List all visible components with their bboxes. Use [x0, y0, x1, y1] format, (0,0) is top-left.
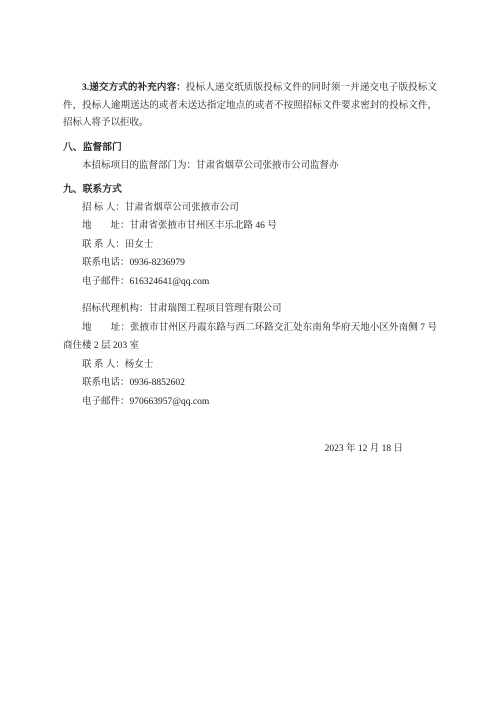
paragraph-lead-bold: 3.递交方式的补充内容：	[82, 83, 186, 93]
agency-address-row: 地 址：张掖市甘州区丹霞东路与西二环路交汇处东南角华府天地小区外南侧 7 号商住…	[63, 319, 437, 356]
document-content: 3.递交方式的补充内容：投标人递交纸质版投标文件的同时须一并递交电子版投标文件，…	[0, 0, 500, 458]
agency-phone-value: 0936-8852602	[130, 378, 185, 388]
agency-contact-person-value: 杨女士	[125, 360, 154, 370]
agency-name-row: 招标代理机构：甘肃瑞图工程项目管理有限公司	[63, 300, 437, 319]
agency-email-row: 电子邮件：970663957@qq.com	[63, 393, 437, 412]
tenderer-contact-person-row: 联 系 人：田女士	[63, 236, 437, 255]
tenderer-name-row: 招 标 人：甘肃省烟草公司张掖市公司	[63, 199, 437, 218]
agency-name-value: 甘肃瑞图工程项目管理有限公司	[149, 304, 282, 314]
agency-email-value: 970663957@qq.com	[130, 397, 210, 407]
agency-phone-row: 联系电话：0936-8852602	[63, 374, 437, 393]
tenderer-phone-label: 联系电话：	[82, 258, 130, 268]
tenderer-address-label: 地 址：	[82, 221, 130, 231]
tenderer-email-label: 电子邮件：	[82, 277, 130, 287]
agency-phone-label: 联系电话：	[82, 378, 130, 388]
paragraph-submission-supplement: 3.递交方式的补充内容：投标人递交纸质版投标文件的同时须一并递交电子版投标文件，…	[63, 80, 437, 133]
section-heading-contact-info: 九、联系方式	[63, 181, 437, 199]
tenderer-phone-row: 联系电话：0936-8236979	[63, 254, 437, 273]
tenderer-phone-value: 0936-8236979	[130, 258, 185, 268]
agency-contact-person-row: 联 系 人：杨女士	[63, 356, 437, 375]
tenderer-name-value: 甘肃省烟草公司张掖市公司	[125, 203, 239, 213]
tenderer-contact-person-label: 联 系 人：	[82, 240, 125, 250]
document-page: 3.递交方式的补充内容：投标人递交纸质版投标文件的同时须一并递交电子版投标文件，…	[0, 0, 500, 706]
tenderer-address-value: 甘肃省张掖市甘州区丰乐北路 46 号	[130, 221, 277, 231]
agency-email-label: 电子邮件：	[82, 397, 130, 407]
tenderer-contact-person-value: 田女士	[125, 240, 154, 250]
tenderer-email-row: 电子邮件：616324641@qq.com	[63, 273, 437, 292]
agency-contact-person-label: 联 系 人：	[82, 360, 125, 370]
supervision-dept-body: 本招标项目的监督部门为：甘肃省烟草公司张掖市公司监督办	[63, 157, 437, 175]
tenderer-email-value: 616324641@qq.com	[130, 277, 210, 287]
section-heading-supervision-dept: 八、监督部门	[63, 139, 437, 157]
tenderer-name-label: 招 标 人：	[82, 203, 125, 213]
agency-address-label: 地 址：	[82, 323, 130, 333]
tenderer-address-row: 地 址：甘肃省张掖市甘州区丰乐北路 46 号	[63, 217, 437, 236]
document-date: 2023 年 12 月 18 日	[63, 440, 437, 458]
agency-name-label: 招标代理机构：	[82, 304, 149, 314]
